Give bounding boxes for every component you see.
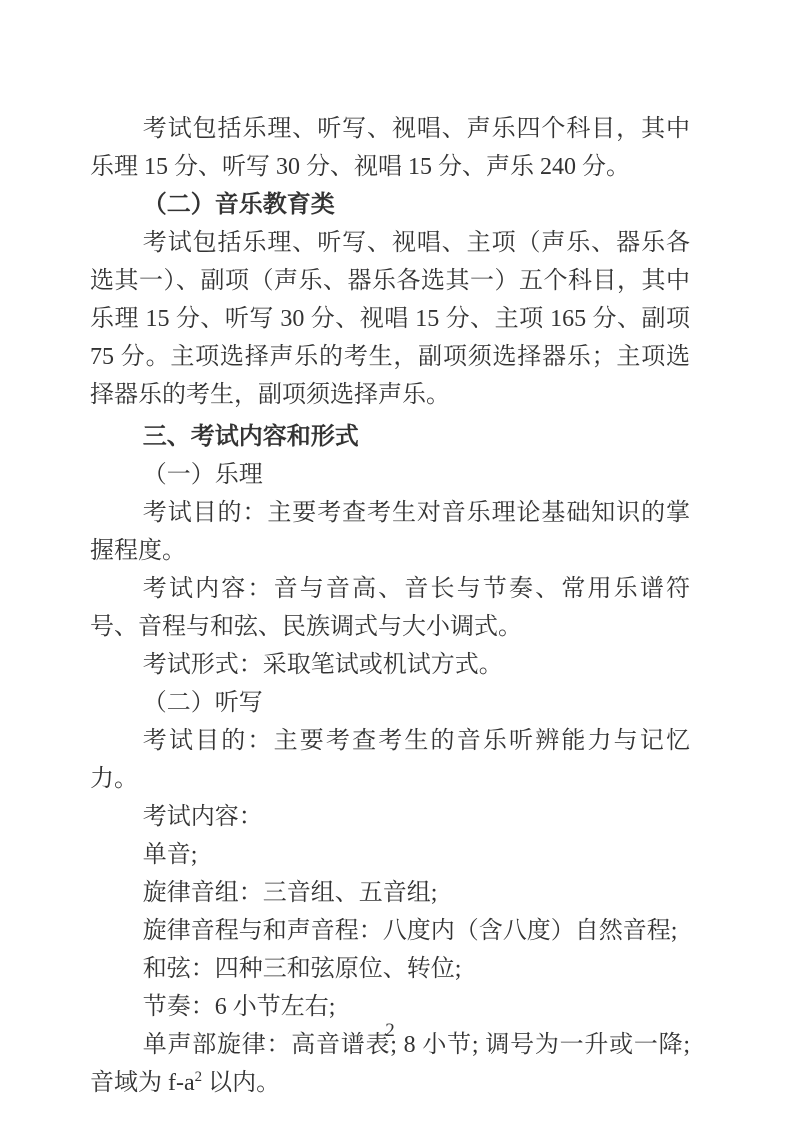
subheading-dictation: （二）听写: [90, 684, 690, 722]
item-single-note: 单音;: [90, 836, 690, 874]
para-performance-subjects: 考试包括乐理、听写、视唱、声乐四个科目，其中乐理 15 分、听写 30 分、视唱…: [90, 110, 690, 186]
monophonic-melody-tail: 以内。: [202, 1070, 280, 1096]
para-theory-purpose: 考试目的：主要考查考生对音乐理论基础知识的掌握程度。: [90, 494, 690, 570]
item-melodic-note-groups: 旋律音组：三音组、五音组;: [90, 874, 690, 912]
para-dictation-purpose: 考试目的：主要考查考生的音乐听辨能力与记忆力。: [90, 722, 690, 798]
para-education-subjects: 考试包括乐理、听写、视唱、主项（声乐、器乐各选其一）、副项（声乐、器乐各选其一）…: [90, 224, 690, 414]
subheading-music-theory: （一）乐理: [90, 456, 690, 494]
para-theory-format: 考试形式：采取笔试或机试方式。: [90, 646, 690, 684]
item-chords: 和弦：四种三和弦原位、转位;: [90, 950, 690, 988]
label-dictation-content: 考试内容：: [90, 798, 690, 836]
superscript-2: 2: [195, 1069, 202, 1085]
item-melodic-harmonic-intervals: 旋律音程与和声音程：八度内（含八度）自然音程;: [90, 912, 690, 950]
document-body: 考试包括乐理、听写、视唱、声乐四个科目，其中乐理 15 分、听写 30 分、视唱…: [90, 110, 690, 1102]
page-number: 2: [90, 1016, 690, 1046]
section-heading-exam-content-and-format: 三、考试内容和形式: [90, 418, 690, 456]
subheading-music-education-category: （二）音乐教育类: [90, 186, 690, 224]
document-page: 考试包括乐理、听写、视唱、声乐四个科目，其中乐理 15 分、听写 30 分、视唱…: [0, 0, 794, 1123]
para-theory-content: 考试内容：音与音高、音长与节奏、常用乐谱符号、音程与和弦、民族调式与大小调式。: [90, 570, 690, 646]
